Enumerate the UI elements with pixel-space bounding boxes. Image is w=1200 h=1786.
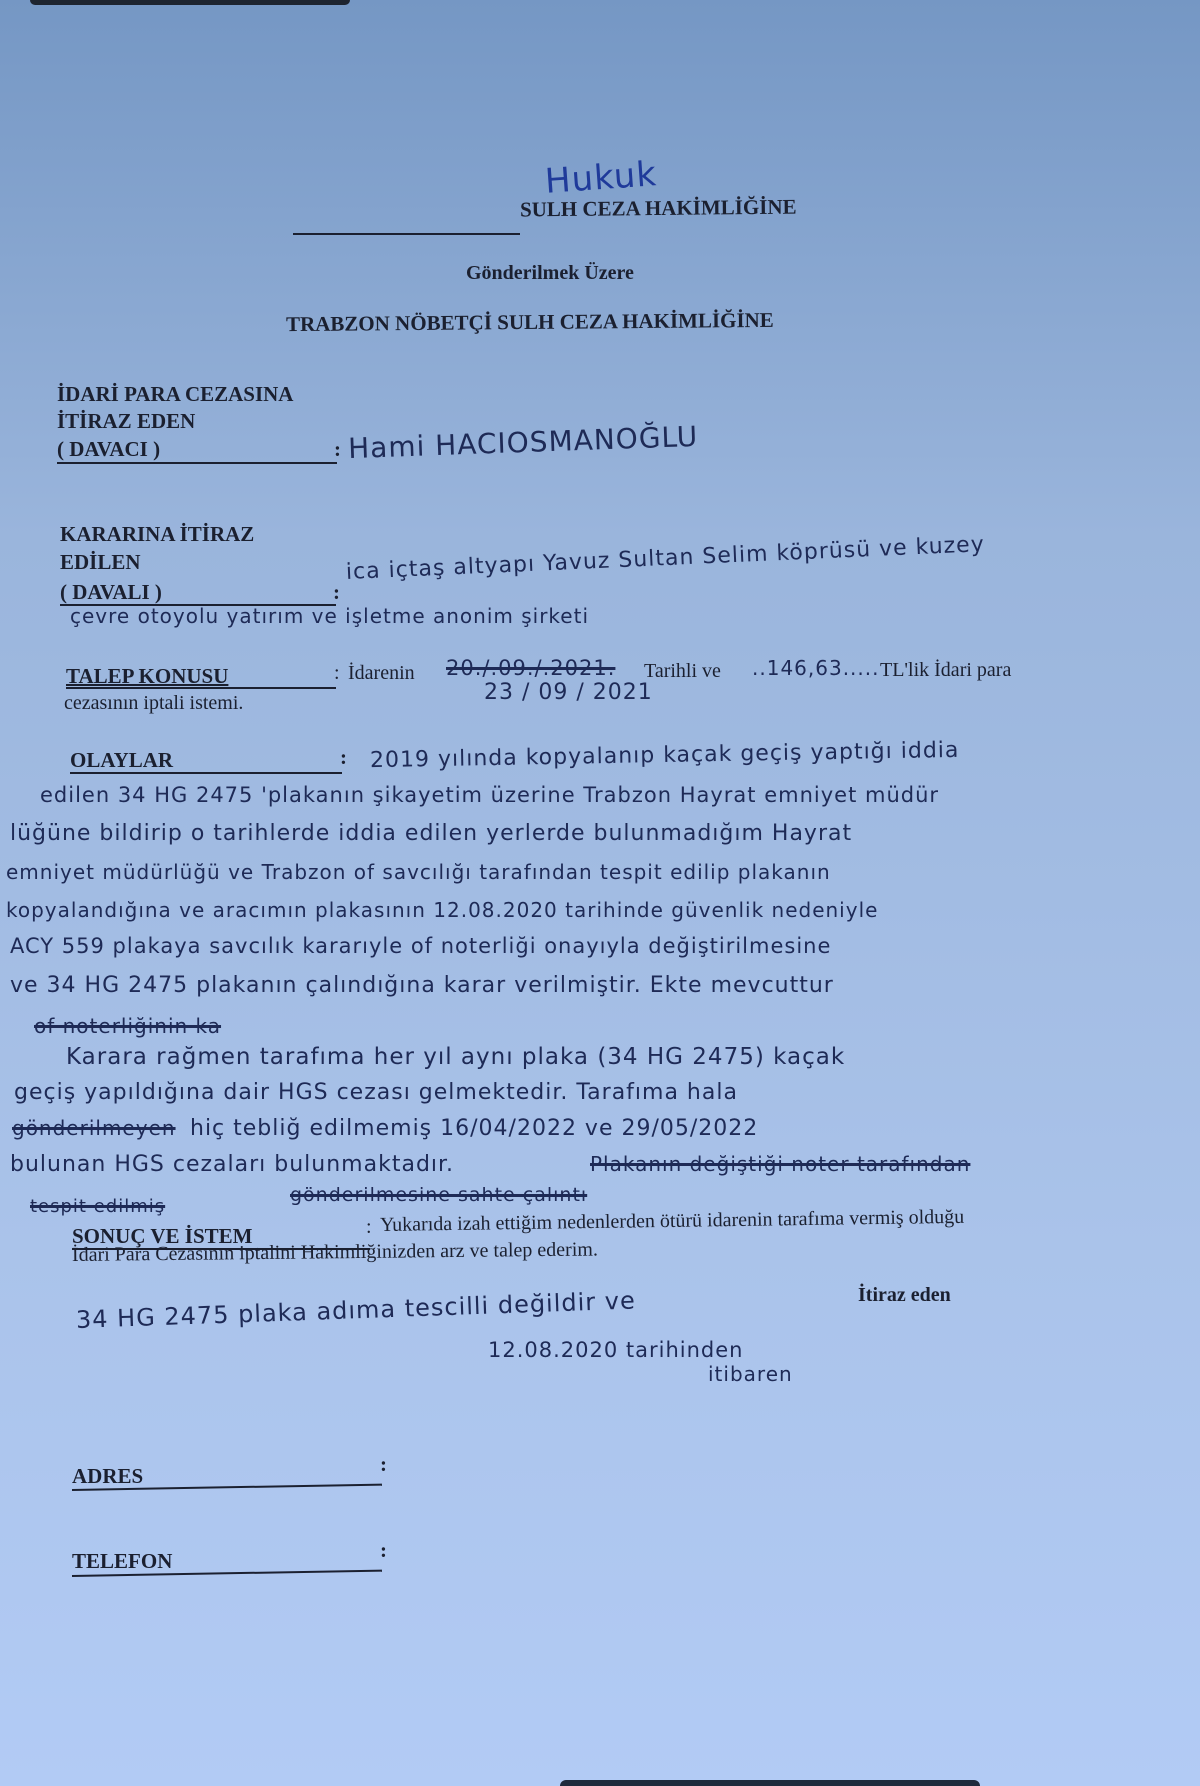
events-underline [70,772,342,774]
subject-colon: : [334,662,340,685]
events-line: emniyet müdürlüğü ve Trabzon of savcılığ… [6,860,831,884]
plaintiff-label-1: İDARİ PARA CEZASINA [57,382,293,407]
events-line: lüğüne bildirip o tarihlerde iddia edile… [10,821,852,846]
events-line-continued: Karara rağmen tarafıma her yıl aynı plak… [66,1044,845,1070]
struck-fragment: gönderilmesine sahte çalıntı [290,1184,587,1206]
subject-label: TALEP KONUSU [66,664,228,689]
subject-date-original: 20./.09./.2021. [446,656,615,680]
events-line-continued: geçiş yapıldığına dair HGS cezası gelmek… [14,1080,738,1105]
defendant-colon: : [333,580,340,605]
events-line: 2019 yılında kopyalanıp kaçak geçiş yapt… [370,738,960,773]
events-line-continued: bulunan HGS cezaları bulunmaktadır. [10,1152,454,1177]
conclusion-line2: İdari Para Cezasının iptalini Hakimliğin… [72,1238,598,1267]
subject-middle: Tarihli ve [644,660,721,683]
handwritten-court-type: Hukuk [544,154,659,202]
plaintiff-name: Hami HACIOSMANOĞLU [348,420,699,465]
photo-edge-top [30,0,350,5]
struck-fragment: gönderilmeyen [12,1116,176,1140]
subject-underline [66,687,336,689]
conclusion-hand-note-1: 34 HG 2475 plaka adıma tescilli değildir… [76,1286,637,1334]
conclusion-hand-note-2: 12.08.2020 tarihinden [488,1338,744,1362]
struck-fragment: tespit edilmiş [30,1196,165,1217]
defendant-label-1: KARARINA İTİRAZ [60,522,254,547]
events-colon: : [340,745,347,770]
recipient-court: TRABZON NÖBETÇİ SULH CEZA HAKİMLİĞİNE [286,308,774,337]
struck-fragment: Plakanın değiştiği noter tarafından [590,1152,970,1176]
events-label: OLAYLAR [70,748,173,773]
conclusion-line1: Yukarıda izah ettiğim nedenlerden ötürü … [380,1206,965,1237]
events-line: edilen 34 HG 2475 'plakanın şikayetim üz… [40,783,939,807]
events-line: ACY 559 plakaya savcılık kararıyle of no… [10,934,831,958]
defendant-name-line1: ica içtaş altyapı Yavuz Sultan Selim köp… [345,532,985,585]
subject-suffix: TL'lik İdari para [880,659,1011,682]
court-title: SULH CEZA HAKİMLİĞİNE [520,195,797,223]
plaintiff-underline [57,462,337,464]
court-blank-line [293,233,520,235]
subject-line2: cezasının iptali istemi. [64,692,243,715]
defendant-label-2: EDİLEN [60,550,141,575]
phone-label: TELEFON [72,1549,172,1574]
conclusion-hand-note-3: itibaren [708,1362,793,1386]
subject-prefix: İdarenin [348,662,415,685]
plaintiff-colon: : [334,437,341,462]
defendant-name-line2: çevre otoyolu yatırım ve işletme anonim … [70,604,589,628]
defendant-label-3: ( DAVALI ) [60,580,162,605]
plaintiff-label-2: İTİRAZ EDEN [57,409,195,434]
plaintiff-label-3: ( DAVACI ) [57,437,160,462]
events-line: kopyalandığına ve aracımın plakasının 12… [6,898,878,922]
address-colon: : [380,1452,387,1477]
subject-date-correction: 23 / 09 / 2021 [484,680,653,705]
conclusion-colon: : [366,1216,372,1239]
photo-edge-bottom [560,1780,980,1786]
sent-via: Gönderilmek Üzere [466,262,634,285]
events-struck-line: of noterliğinin ka [34,1014,221,1038]
phone-colon: : [380,1538,387,1563]
events-line-continued: hiç tebliğ edilmemiş 16/04/2022 ve 29/05… [190,1116,758,1141]
events-line: ve 34 HG 2475 plakanın çalındığına karar… [10,973,834,998]
signatory-label: İtiraz eden [858,1284,951,1307]
address-label: ADRES [72,1464,143,1489]
subject-amount: ..146,63..... [752,656,879,680]
